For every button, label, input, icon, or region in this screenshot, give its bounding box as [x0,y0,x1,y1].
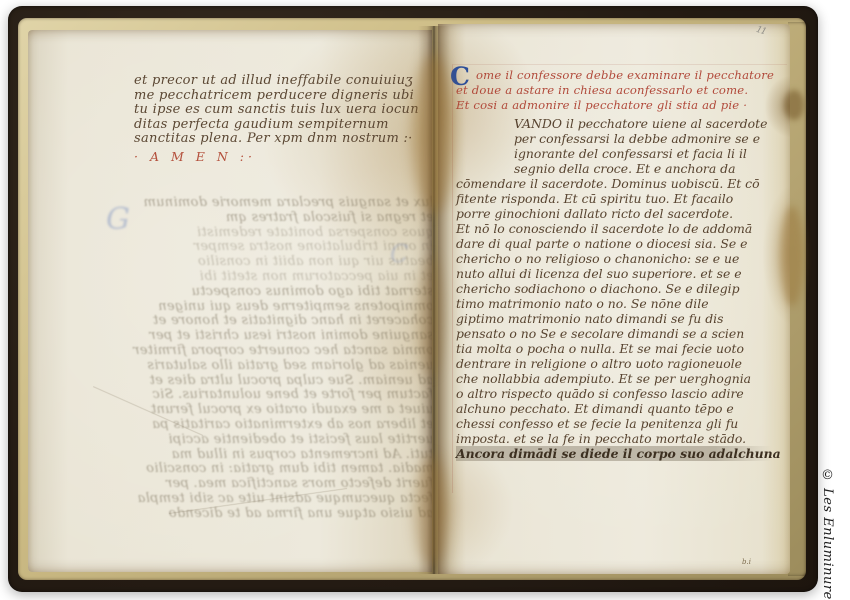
latin-text-line: ditas perfecta gaudium sempiternum [134,118,432,133]
bleedthrough-line: factum per forte et bene uoluntarius. Si… [128,388,432,403]
body-text-line: imposta. et se la fe in pecchato mortale… [456,431,788,446]
bleedthrough-line: fecta quecumque adsint uite ac sibi temp… [128,492,432,507]
copyright-watermark: © Les Enluminures [820,468,835,600]
body-text-line: chessi confesso et se fecie la penitenza… [456,416,788,431]
body-text-line: dare di qual parte o natione o diocesi s… [456,236,788,251]
bleedthrough-line: quos conspersa bonitate redemisti [128,226,432,241]
body-text-line: che nollabbia adempiuto. Et se per uergh… [456,371,788,386]
bleedthrough-line: omnia sancta hec conuerte corpora firmit… [128,344,432,359]
body-text-line: alchuno pecchato. Et dimandi quanto tēpo… [456,401,788,416]
bleedthrough-line: cohaceret in hanc dignitatis et honore e… [128,314,432,329]
amen-line: · A M E N :· [134,150,432,165]
bleedthrough-line: uertite laus fecisti et obedientie accip… [128,433,432,448]
bleedthrough-line: tuti. Ad incrementa corpus in illud ma [128,448,432,463]
bleedthrough-line: et regna si fuiscola fratres qm [128,211,432,226]
body-text-line: pensato o no Se e secolare dimandi se a … [456,326,788,341]
rubric-block: ome il confessore debbe examinare il pec… [456,68,786,113]
bleedthrough-line: et in uia peccatorum non stetit ibi [128,270,432,285]
body-text-line: tia molta o pocha o nulla. Et se mai fec… [456,341,788,356]
body-text-line: Et nō lo conosciendo il sacerdote lo de … [456,221,788,236]
body-text-line: o altro rispecto quādo si confesso lasci… [456,386,788,401]
latin-text-block: et precor ut ad illud ineffabile conuiui… [134,74,432,147]
body-text-line: fitente risponda. Et cū spiritu tuo. Et … [456,191,788,206]
rubric-line: et doue a astare in chiesa aconfessarlo … [456,83,786,98]
bleedthrough-text-block: lux et sanguis preclara memorie dominume… [128,196,432,522]
corner-annotation: b.i [742,558,751,566]
bleedthrough-line: madia. tamen tibi dum gratia: in conscil… [128,462,432,477]
body-text-line: giptimo matrimonio nato dimandi se fu di… [456,311,788,326]
fore-edge-page-stack [788,22,810,576]
book-cover: et precor ut ad illud ineffabile conuiui… [8,6,818,592]
bleedthrough-line: beatus uir qui non abiit in consilio [128,255,432,270]
rubric-line: Et cosi a admonire il pecchatore gli sti… [456,98,786,113]
bleedthrough-line: uiuet a me exaudi oratio ex procul ferun… [128,403,432,418]
faded-initial: G [106,202,130,237]
rubric-line: ome il confessore debbe examinare il pec… [456,68,786,83]
body-text-line: chericho o no religioso o chanonicho: se… [456,251,788,266]
bleedthrough-line: et libera nos ab exterminatio caritatis … [128,418,432,433]
bleedthrough-line: lux et sanguis preclara memorie dominum [128,196,432,211]
bleedthrough-line: ad uisio atque una firma ad te dicendo [128,507,432,522]
latin-text-line: tu ipse es cum sanctis tuis lux uera ioc… [134,103,432,118]
latin-text-line: sanctitas plena. Per xpm dnm nostrum :· [134,132,432,147]
bleedthrough-line: ad ueniam. Sue culpa procul ultra dies e… [128,374,432,389]
left-page: et precor ut ad illud ineffabile conuiui… [28,30,432,572]
bleedthrough-line: omnipotens sempiterne deus qui unigen [128,300,432,315]
body-text-line: dentrare in religione o altro uoto ragio… [456,356,788,371]
body-text-line: chericho sodiachono o diachono. Se e dil… [456,281,788,296]
body-text-block: VANDO il pecchatore uiene al sacerdotepe… [456,116,788,461]
latin-text-line: et precor ut ad illud ineffabile conuiui… [134,74,432,89]
bleedthrough-line: sternat tibi ago dominus conspectu [128,285,432,300]
bleedthrough-line: in omni tribulatione nostra semper [128,240,432,255]
bleedthrough-line: fuerit defecto mors sanctifica mea. per [128,477,432,492]
body-text-line: timo matrimonio nato o no. Se nōne dile [456,296,788,311]
folio-number: 11 [755,25,767,37]
bleedthrough-line: uenias ad gloriam sed gratia illo saluta… [128,359,432,374]
body-text-line: VANDO il pecchatore uiene al sacerdote [456,116,788,131]
body-text-line: porre ginochioni dallato ricto del sacer… [456,206,788,221]
body-text-line: segnio della croce. Et e anchora da [456,161,788,176]
latin-text-line: me pecchatricem perducere digneris ubi [134,89,432,104]
body-text-line: ignorante del confessarsi et facia li il [456,146,788,161]
photo-background: { "meta": { "description": "Photograph o… [0,0,850,600]
body-text-line: cōmendare il sacerdote. Dominus uobiscū.… [456,176,788,191]
body-text-line: Ancora dimādi se diede il corpo suo adal… [456,446,788,461]
body-text-line: per confessarsi la debbe admonire se e [456,131,788,146]
body-text-line: nuto allui di licenza del suo superiore.… [456,266,788,281]
bleedthrough-line: sanguine domini nostri iesu christi et p… [128,329,432,344]
right-page: C ome il confessore debbe examinare il p… [438,24,790,574]
